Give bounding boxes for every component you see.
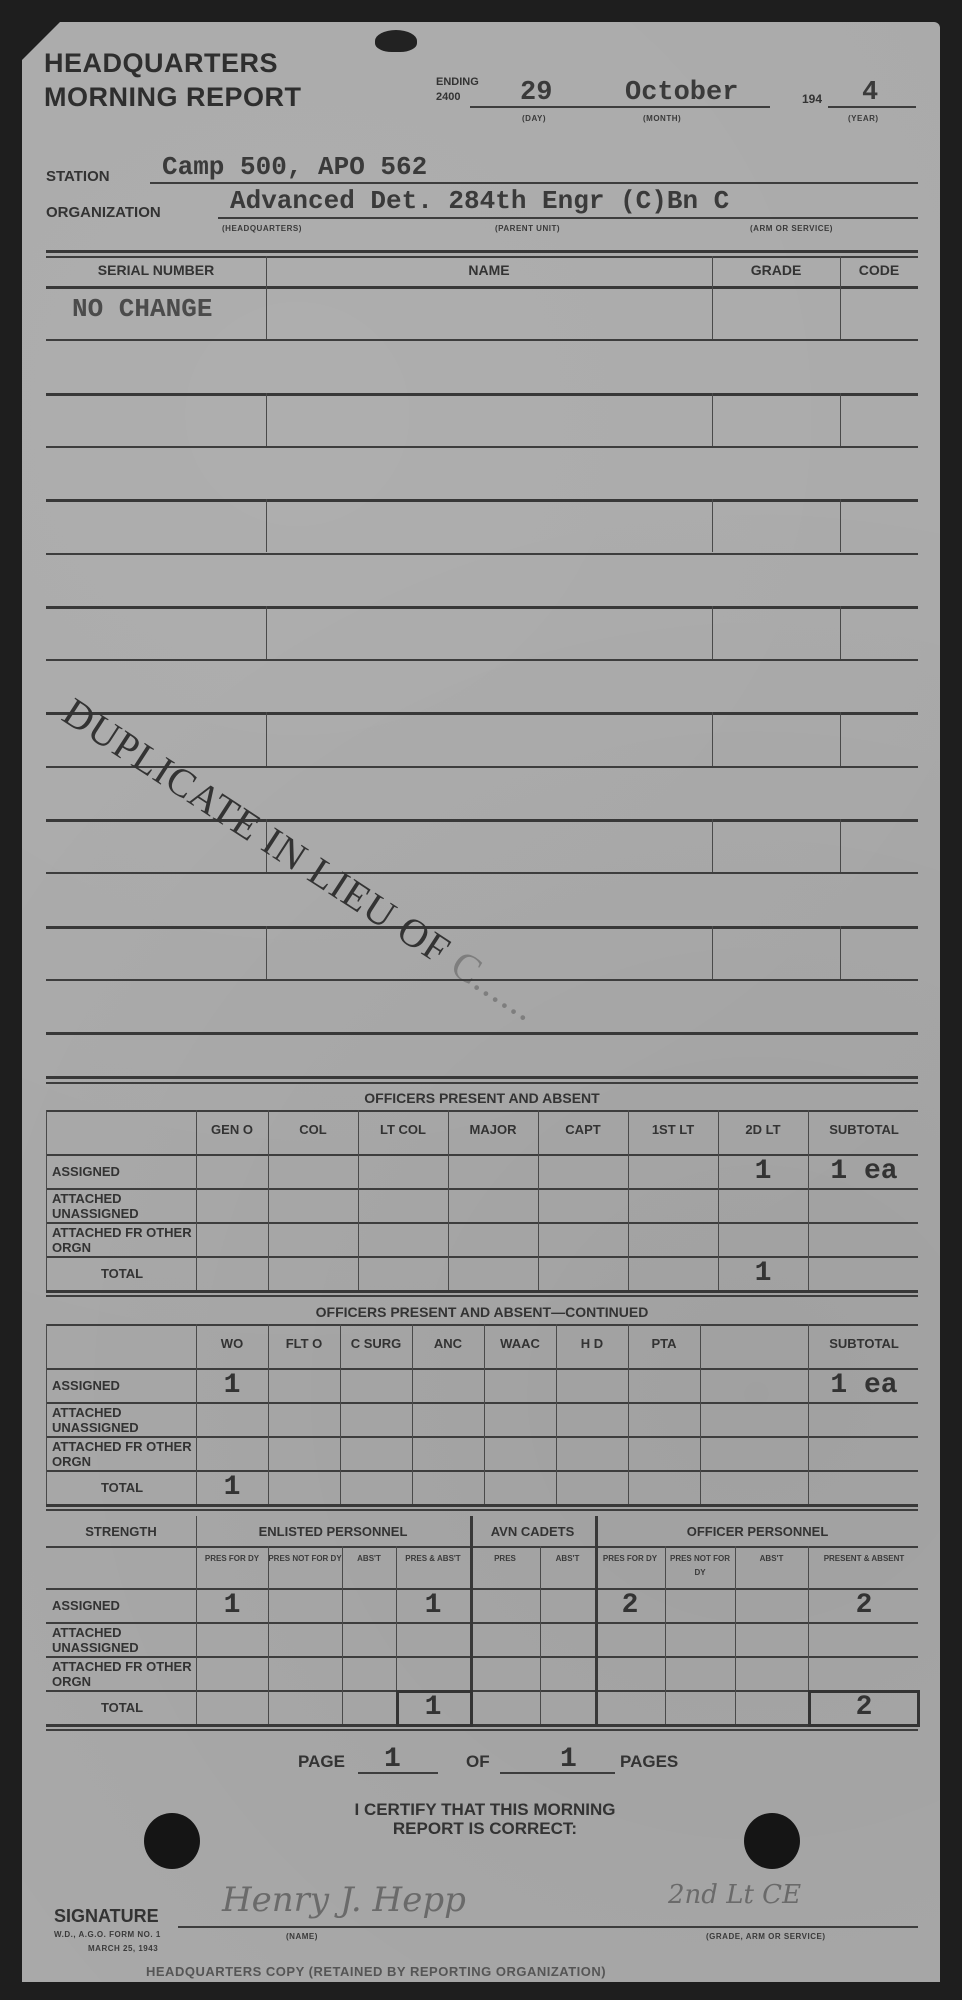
officers_cont-col-0: WO bbox=[196, 1336, 268, 1351]
officers_cont-col-1: FLT O bbox=[268, 1336, 340, 1351]
group-officer: OFFICER PERSONNEL bbox=[595, 1524, 920, 1539]
officers_cont-col-3: ANC bbox=[412, 1336, 484, 1351]
col-grade: GRADE bbox=[712, 262, 840, 278]
year-caption: (YEAR) bbox=[848, 114, 879, 123]
signature-grade: 2nd Lt CE bbox=[668, 1880, 801, 1910]
certify-line1: I CERTIFY THAT THIS MORNING bbox=[310, 1800, 660, 1820]
officers-col-2: LT COL bbox=[358, 1122, 448, 1137]
punch-hole-left bbox=[144, 1813, 200, 1869]
enlisted-total-box bbox=[396, 1690, 473, 1727]
ending-time: 2400 bbox=[436, 91, 460, 103]
officers_cont-col-5: H D bbox=[556, 1336, 628, 1351]
station-label: STATION bbox=[46, 168, 110, 185]
copy-note: HEADQUARTERS COPY (RETAINED BY REPORTING… bbox=[146, 1964, 606, 1979]
strength-col-0: PRES FOR DY bbox=[196, 1552, 268, 1566]
officers_cont-col-4: WAAC bbox=[484, 1336, 556, 1351]
row-label-2: ATTACHED FR OTHER ORGN bbox=[52, 1439, 192, 1469]
row-label-1: ATTACHED UNASSIGNED bbox=[52, 1191, 192, 1221]
officers-cell-3-6: 1 bbox=[718, 1258, 808, 1289]
entry-no-change: NO CHANGE bbox=[72, 294, 212, 324]
strength-row-label-2: ATTACHED FR OTHER ORGN bbox=[52, 1659, 192, 1689]
strength-col-5: ABS'T bbox=[540, 1552, 595, 1566]
strength-cell-0-6: 2 bbox=[595, 1590, 665, 1621]
of-label: OF bbox=[466, 1752, 490, 1772]
form-number: W.D., A.G.O. FORM NO. 1 bbox=[54, 1930, 161, 1939]
strength-row-label-3: TOTAL bbox=[52, 1700, 192, 1715]
month-value: October bbox=[625, 78, 738, 108]
officers-col-4: CAPT bbox=[538, 1122, 628, 1137]
officers-col-1: COL bbox=[268, 1122, 358, 1137]
caption-arm-service: (ARM OR SERVICE) bbox=[750, 224, 833, 233]
ending-label: ENDING bbox=[436, 76, 479, 88]
form-date: MARCH 25, 1943 bbox=[88, 1944, 158, 1953]
strength-col-4: PRES bbox=[470, 1552, 540, 1566]
strength-col-3: PRES & ABS'T bbox=[396, 1552, 470, 1566]
page-current: 1 bbox=[384, 1744, 401, 1775]
strength-col-1: PRES NOT FOR DY bbox=[268, 1552, 342, 1566]
officers_cont-title: OFFICERS PRESENT AND ABSENT—CONTINUED bbox=[46, 1304, 918, 1320]
row-label-0: ASSIGNED bbox=[52, 1378, 192, 1393]
officers-cell-0-7: 1 ea bbox=[808, 1156, 920, 1187]
strength-cell-0-9: 2 bbox=[808, 1590, 920, 1621]
officers_cont-col-6: PTA bbox=[628, 1336, 700, 1351]
strength-label: STRENGTH bbox=[46, 1524, 196, 1539]
signature-name: Henry J. Hepp bbox=[222, 1880, 466, 1920]
strength-row-label-1: ATTACHED UNASSIGNED bbox=[52, 1625, 192, 1655]
row-label-3: TOTAL bbox=[52, 1480, 192, 1495]
officers-col-5: 1ST LT bbox=[628, 1122, 718, 1137]
officers-col-7: SUBTOTAL bbox=[808, 1122, 920, 1137]
row-label-3: TOTAL bbox=[52, 1266, 192, 1281]
year-prefix: 194 bbox=[802, 92, 822, 106]
officers-col-3: MAJOR bbox=[448, 1122, 538, 1137]
strength-cell-0-3: 1 bbox=[396, 1590, 470, 1621]
officers_cont-col-8: SUBTOTAL bbox=[808, 1336, 920, 1351]
organization-label: ORGANIZATION bbox=[46, 204, 161, 221]
row-label-2: ATTACHED FR OTHER ORGN bbox=[52, 1225, 192, 1255]
strength-col-8: ABS'T bbox=[735, 1552, 808, 1566]
officers_cont-cell-0-8: 1 ea bbox=[808, 1370, 920, 1401]
officers-col-6: 2D LT bbox=[718, 1122, 808, 1137]
row-label-0: ASSIGNED bbox=[52, 1164, 192, 1179]
strength-col-6: PRES FOR DY bbox=[595, 1552, 665, 1566]
punch-hole-right bbox=[744, 1813, 800, 1869]
officers-title: OFFICERS PRESENT AND ABSENT bbox=[46, 1090, 918, 1106]
group-avn-cadets: AVN CADETS bbox=[470, 1524, 595, 1539]
group-enlisted: ENLISTED PERSONNEL bbox=[196, 1524, 470, 1539]
strength-cell-0-0: 1 bbox=[196, 1590, 268, 1621]
row-label-1: ATTACHED UNASSIGNED bbox=[52, 1405, 192, 1435]
caption-grade: (GRADE, ARM OR SERVICE) bbox=[706, 1932, 826, 1941]
officers_cont-col-2: C SURG bbox=[340, 1336, 412, 1351]
title-line2: MORNING REPORT bbox=[44, 82, 302, 112]
station-value: Camp 500, APO 562 bbox=[162, 152, 427, 182]
certify-line2: REPORT IS CORRECT: bbox=[310, 1819, 660, 1839]
officers_cont-cell-3-0: 1 bbox=[196, 1472, 268, 1503]
strength-row-label-0: ASSIGNED bbox=[52, 1598, 192, 1613]
col-name: NAME bbox=[266, 262, 712, 278]
title-line1: HEADQUARTERS bbox=[44, 48, 278, 78]
caption-headquarters: (HEADQUARTERS) bbox=[222, 224, 302, 233]
strength-col-7: PRES NOT FOR DY bbox=[665, 1552, 735, 1580]
day-caption: (DAY) bbox=[522, 114, 546, 123]
strength-col-9: PRESENT & ABSENT bbox=[808, 1552, 920, 1566]
strength-col-2: ABS'T bbox=[342, 1552, 396, 1566]
organization-value: Advanced Det. 284th Engr (C)Bn C bbox=[230, 186, 729, 216]
caption-name: (NAME) bbox=[286, 1932, 318, 1941]
day-value: 29 bbox=[520, 78, 552, 108]
officers-cell-0-6: 1 bbox=[718, 1156, 808, 1187]
signature-label: SIGNATURE bbox=[54, 1906, 159, 1927]
col-code: CODE bbox=[840, 262, 918, 278]
officers-col-0: GEN O bbox=[196, 1122, 268, 1137]
officer-total-box bbox=[808, 1690, 920, 1727]
caption-parent-unit: (PARENT UNIT) bbox=[495, 224, 560, 233]
pages-label: PAGES bbox=[620, 1752, 678, 1772]
col-serial-number: SERIAL NUMBER bbox=[46, 262, 266, 278]
year-digit: 4 bbox=[862, 78, 878, 108]
punch-mark bbox=[375, 30, 417, 52]
page-label: PAGE bbox=[298, 1752, 345, 1772]
officers_cont-cell-0-0: 1 bbox=[196, 1370, 268, 1401]
page-total: 1 bbox=[560, 1744, 577, 1775]
month-caption: (MONTH) bbox=[643, 114, 681, 123]
